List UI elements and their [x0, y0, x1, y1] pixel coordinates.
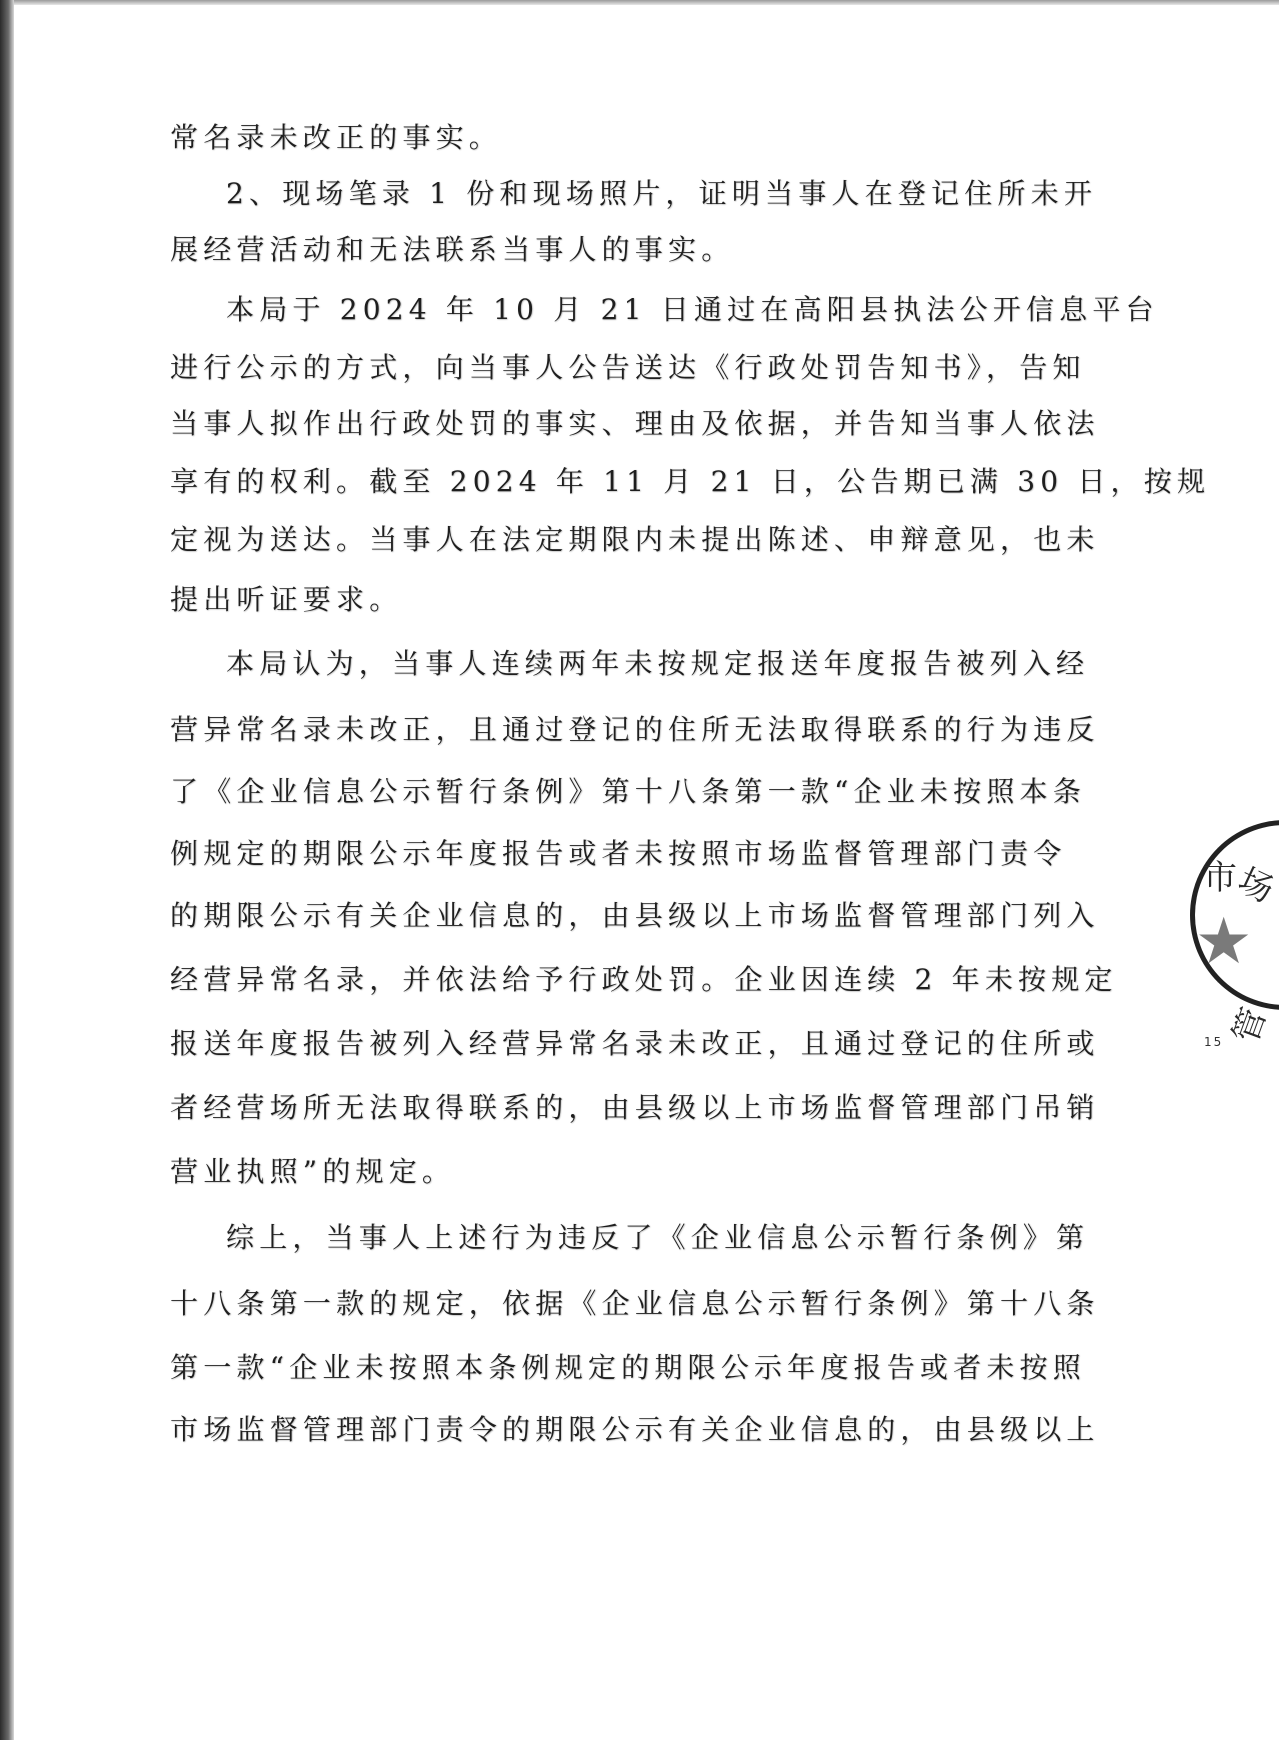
text-line-14: 的期限公示有关企业信息的，由县级以上市场监督管理部门列入: [170, 896, 1100, 936]
text-line-20: 十八条第一款的规定，依据《企业信息公示暂行条例》第十八条: [170, 1284, 1100, 1324]
text-line-1: 常名录未改正的事实。: [170, 118, 502, 158]
text-line-10: 本局认为，当事人连续两年未按规定报送年度报告被列入经: [226, 644, 1089, 684]
text-line-5: 进行公示的方式，向当事人公告送达《行政处罚告知书》，告知: [170, 348, 1086, 388]
text-line-2: 2、现场笔录 1 份和现场照片，证明当事人在登记住所未开: [226, 174, 1097, 214]
text-line-17: 者经营场所无法取得联系的，由县级以上市场监督管理部门吊销: [170, 1088, 1100, 1128]
text-line-19: 综上，当事人上述行为违反了《企业信息公示暂行条例》第: [226, 1218, 1089, 1258]
page-top-edge: [14, 0, 1279, 5]
text-line-15: 经营异常名录，并依法给予行政处罚。企业因连续 2 年未按规定: [170, 960, 1118, 1000]
text-line-6: 当事人拟作出行政处罚的事实、理由及依据，并告知当事人依法: [170, 404, 1100, 444]
text-line-9: 提出听证要求。: [170, 580, 402, 620]
text-line-21: 第一款“企业未按照本条例规定的期限公示年度报告或者未按照: [170, 1348, 1086, 1388]
text-line-7: 享有的权利。截至 2024 年 11 月 21 日，公告期已满 30 日，按规: [170, 462, 1210, 502]
text-line-18: 营业执照”的规定。: [170, 1152, 455, 1192]
text-line-13: 例规定的期限公示年度报告或者未按照市场监督管理部门责令: [170, 834, 1066, 874]
text-line-22: 市场监督管理部门责令的期限公示有关企业信息的，由县级以上: [170, 1410, 1100, 1450]
page-left-edge-shadow: [0, 0, 14, 1740]
text-line-8: 定视为送达。当事人在法定期限内未提出陈述、申辩意见，也未: [170, 520, 1100, 560]
stamp-number: 15: [1204, 1035, 1223, 1049]
text-line-3: 展经营活动和无法联系当事人的事实。: [170, 230, 734, 270]
text-line-12: 了《企业信息公示暂行条例》第十八条第一款“企业未按照本条: [170, 772, 1086, 812]
stamp-char-shi: 市: [1203, 850, 1237, 899]
text-line-11: 营异常名录未改正，且通过登记的住所无法取得联系的行为违反: [170, 710, 1100, 750]
stamp-star-icon: ★: [1195, 910, 1252, 974]
text-line-4: 本局于 2024 年 10 月 21 日通过在高阳县执法公开信息平台: [226, 290, 1159, 330]
text-line-16: 报送年度报告被列入经营异常名录未改正，且通过登记的住所或: [170, 1024, 1100, 1064]
